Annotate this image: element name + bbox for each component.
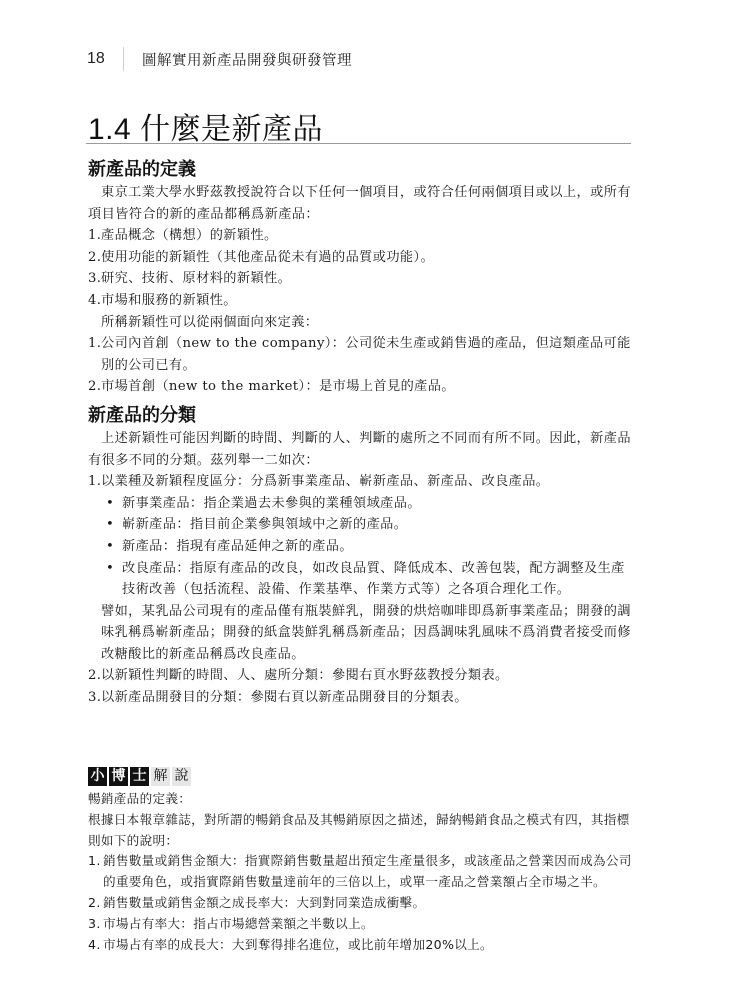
example-paragraph: 譬如，某乳品公司現有的產品僅有瓶裝鮮乳，開發的烘焙咖啡即爲新事業產品；開發的調味…	[88, 601, 633, 666]
book-title: 圖解實用新產品開發與研發管理	[142, 49, 352, 70]
tip-intro: 根據日本報章雜誌，對所謂的暢銷食品及其暢銷原因之描述，歸納暢銷食品之模式有四，其…	[88, 810, 633, 852]
header-divider	[123, 47, 124, 71]
main-content: 新產品的定義 東京工業大學水野茲教授說符合以下任何一個項目，或符合任何兩個項目或…	[88, 158, 633, 709]
running-header: 18 圖解實用新產品開發與研發管理	[87, 46, 352, 72]
classification-intro: 上述新穎性可能因判斷的時間、判斷的人、判斷的處所之不同而有所不同。因此，新產品有…	[88, 428, 633, 471]
bullet-item: •新產品：指現有產品延伸之新的產品。	[88, 536, 633, 558]
tip-box: 小 博 士 解 說 暢銷產品的定義： 根據日本報章雜誌，對所謂的暢銷食品及其暢銷…	[88, 767, 633, 955]
bullet-item: •改良產品：指原有產品的改良，如改良品質、降低成本、改善包裝，配方調整及生產技術…	[88, 558, 633, 601]
section-rule	[86, 143, 631, 144]
classification-heading: 新產品的分類	[88, 404, 633, 428]
bullet-icon: •	[106, 558, 122, 601]
tip-item: 2.銷售數量或銷售金額之成長率大：大到對同業造成衝擊。	[88, 893, 633, 914]
tip-title: 暢銷產品的定義：	[88, 789, 633, 810]
definition-heading: 新產品的定義	[88, 158, 633, 182]
definition-item: 2.使用功能的新穎性（其他產品從未有過的品質或功能）。	[88, 247, 633, 269]
page-number: 18	[87, 50, 123, 68]
definition-intro: 東京工業大學水野茲教授說符合以下任何一個項目，或符合任何兩個項目或以上，或所有項…	[88, 182, 633, 225]
tip-item: 3.市場占有率大：指占市場總營業額之半數以上。	[88, 914, 633, 935]
classification-item: 2.以新穎性判斷的時間、人、處所分類：參閱右頁水野茲教授分類表。	[88, 665, 633, 687]
definition-item: 1.產品概念（構想）的新穎性。	[88, 225, 633, 247]
bullet-item: •新事業產品：指企業過去未參與的業種領域產品。	[88, 493, 633, 515]
bullet-icon: •	[106, 536, 122, 558]
definition-item: 4.市場和服務的新穎性。	[88, 290, 633, 312]
bullet-icon: •	[106, 493, 122, 515]
bullet-icon: •	[106, 514, 122, 536]
bullet-item: •嶄新產品：指目前企業參與領域中之新的產品。	[88, 514, 633, 536]
novelty-item: 2.市場首創（new to the market）：是市場上首見的產品。	[88, 376, 633, 398]
classification-item: 3.以新產品開發目的分類：參閱右頁以新產品開發目的分類表。	[88, 687, 633, 709]
definition-item: 3.研究、技術、原材料的新穎性。	[88, 268, 633, 290]
novelty-intro: 所稱新穎性可以從兩個面向來定義：	[88, 312, 633, 334]
tip-item: 1.銷售數量或銷售金額大：指實際銷售數量超出預定生產量很多，或該產品之營業因而成…	[88, 851, 633, 893]
classification-item: 1.以業種及新穎程度區分：分爲新事業產品、嶄新產品、新產品、改良產品。	[88, 471, 633, 493]
section-title: 1.4 什麼是新產品	[88, 104, 323, 148]
tip-item: 4.市場占有率的成長大：大到奪得排名進位，或比前年增加20%以上。	[88, 935, 633, 956]
tip-badge: 小 博 士 解 說	[88, 767, 633, 786]
novelty-item: 1.公司內首創（new to the company）：公司從未生產或銷售過的產…	[88, 333, 633, 376]
